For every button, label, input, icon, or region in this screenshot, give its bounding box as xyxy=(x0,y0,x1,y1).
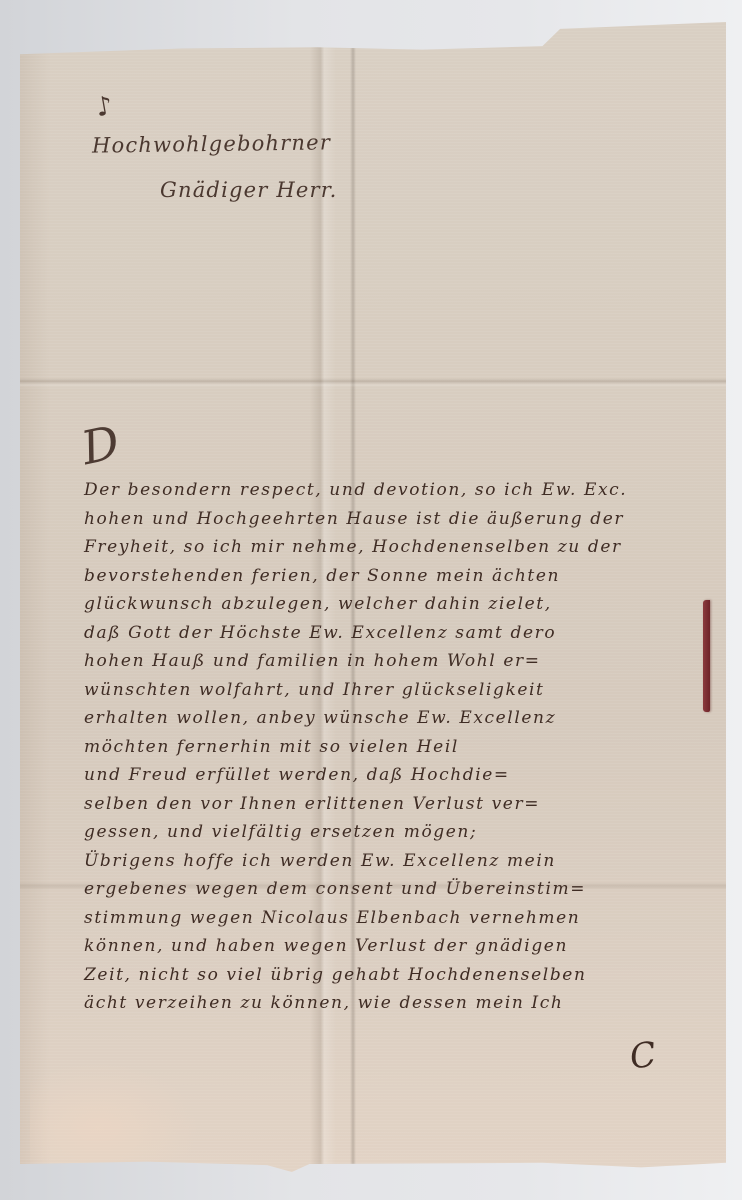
body-line: Übrigens hoffe ich werden Ew. Excellenz … xyxy=(84,847,714,876)
body-line: möchten fernerhin mit so vielen Heil xyxy=(84,733,714,762)
salutation-line-1: Hochwohlgebohrner xyxy=(92,130,331,157)
closing-flourish: C xyxy=(627,1034,658,1077)
body-line: Der besondern respect, und devotion, so … xyxy=(84,476,714,505)
body-line: hohen und Hochgeehrten Hause ist die äuß… xyxy=(84,505,714,534)
body-line: gessen, und vielfältig ersetzen mögen; xyxy=(84,818,714,847)
body-line: erhalten wollen, anbey wünsche Ew. Excel… xyxy=(84,704,714,733)
letter-body: Der besondern respect, und devotion, so … xyxy=(84,476,714,1018)
body-line: Zeit, nicht so viel übrig gehabt Hochden… xyxy=(84,961,714,990)
body-line: wünschten wolfahrt, und Ihrer glückselig… xyxy=(84,676,714,705)
body-line: Freyheit, so ich mir nehme, Hochdenensel… xyxy=(84,533,714,562)
salutation-line-2: Gnädiger Herr. xyxy=(160,178,338,202)
body-line: ergebenes wegen dem consent und Übereins… xyxy=(84,875,714,904)
body-line: bevorstehenden ferien, der Sonne mein äc… xyxy=(84,562,714,591)
body-line: glückwunsch abzulegen, welcher dahin zie… xyxy=(84,590,714,619)
body-line: hohen Hauß und familien in hohem Wohl er… xyxy=(84,647,714,676)
body-line: selben den vor Ihnen erlittenen Verlust … xyxy=(84,790,714,819)
paper-stain xyxy=(30,1062,200,1172)
body-line: können, und haben wegen Verlust der gnäd… xyxy=(84,932,714,961)
body-line: daß Gott der Höchste Ew. Excellenz samt … xyxy=(84,619,714,648)
body-line: und Freud erfüllet werden, daß Hochdie= xyxy=(84,761,714,790)
body-line: ächt verzeihen zu können, wie dessen mei… xyxy=(84,989,714,1018)
horizontal-fold-crease-upper xyxy=(20,378,726,388)
body-line: stimmung wegen Nicolaus Elbenbach verneh… xyxy=(84,904,714,933)
